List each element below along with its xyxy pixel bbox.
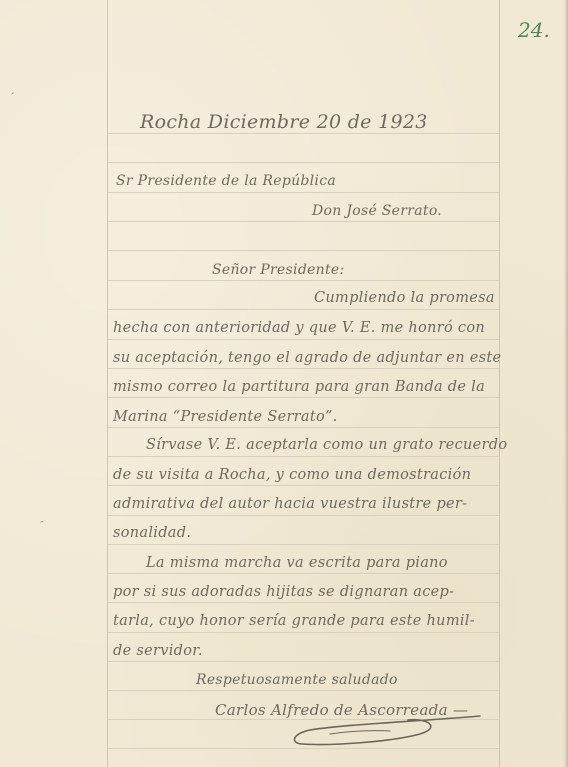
ruled-line (108, 485, 499, 486)
ruled-line (108, 339, 499, 340)
ruled-line (108, 515, 499, 516)
left-margin-line (107, 0, 108, 767)
closing: Respetuosamente saludado (196, 672, 398, 688)
ruled-line (108, 632, 499, 633)
body-line: Marina “Presidente Serrato”. (113, 409, 338, 425)
margin-mark: ″ (40, 520, 44, 531)
ruled-line (108, 309, 499, 310)
salutation: Señor Presidente: (212, 262, 345, 278)
body-line: tarla, cuyo honor sería grande para este… (113, 613, 475, 629)
ruled-line (108, 544, 499, 545)
addressee-title: Sr Presidente de la República (116, 173, 336, 189)
body-line: hecha con anterioridad y que V. E. me ho… (113, 320, 485, 336)
ruled-line (108, 162, 499, 163)
ruled-line (108, 602, 499, 603)
body-line: de servidor. (113, 643, 203, 659)
ruled-line (108, 368, 499, 369)
paper-edge-shadow (564, 0, 568, 767)
signature-flourish-icon (290, 700, 490, 750)
body-line: su aceptación, tengo el agrado de adjunt… (113, 350, 501, 366)
body-line: sonalidad. (113, 525, 191, 541)
ruled-line (108, 192, 499, 193)
ruled-line (108, 280, 499, 281)
page-number: 24. (518, 18, 550, 42)
ruled-line (108, 221, 499, 222)
body-line: de su visita a Rocha, y como una demostr… (113, 467, 471, 483)
ruled-line (108, 456, 499, 457)
ruled-line (108, 573, 499, 574)
addressee-name: Don José Serrato. (312, 203, 442, 219)
ruled-line (108, 397, 499, 398)
right-margin-line (499, 0, 500, 767)
ruled-line (108, 690, 499, 691)
body-line: Sírvase V. E. aceptarla como un grato re… (146, 437, 507, 453)
body-line: La misma marcha va escrita para piano (146, 555, 448, 571)
body-line: mismo correo la partitura para gran Band… (113, 379, 485, 395)
letter-page: 24. ′ ″ Rocha Diciembre 20 de 1923 Sr Pr… (0, 0, 568, 767)
ruled-line (108, 661, 499, 662)
body-line: por si sus adoradas hijitas se dignaran … (113, 584, 454, 600)
ruled-line (108, 427, 499, 428)
body-line: admirativa del autor hacia vuestra ilust… (113, 496, 467, 512)
ruled-line (108, 133, 499, 134)
body-line: Cumpliendo la promesa (314, 290, 495, 306)
date-line: Rocha Diciembre 20 de 1923 (140, 111, 428, 133)
margin-mark: ′ (8, 90, 15, 104)
ruled-line (108, 250, 499, 251)
